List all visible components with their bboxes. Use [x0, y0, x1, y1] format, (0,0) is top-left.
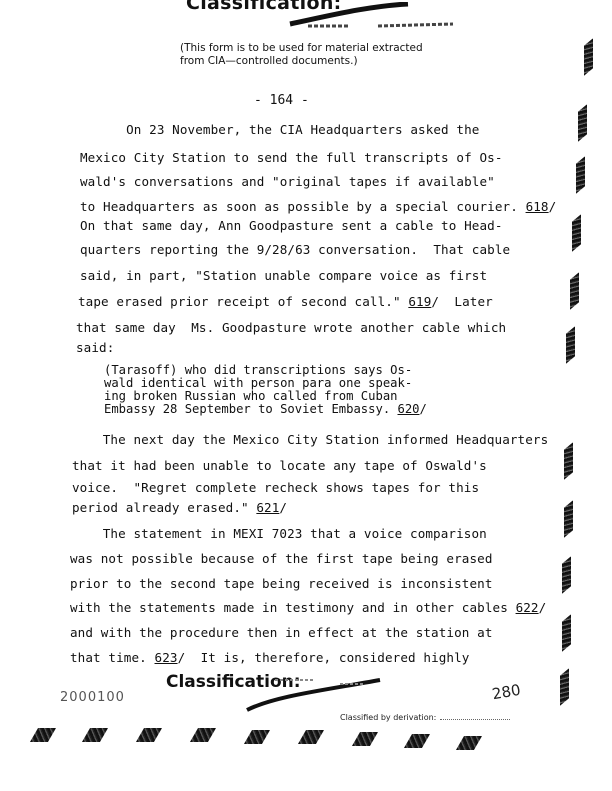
border-marker	[136, 728, 162, 742]
quote-line: Embassy 28 September to Soviet Embassy. …	[104, 403, 427, 416]
border-marker	[560, 668, 569, 706]
body-text: with the statements made in testimony an…	[70, 600, 516, 615]
body-line: that it had been unable to locate any ta…	[72, 458, 487, 473]
body-text: period already erased."	[72, 500, 256, 515]
border-marker	[562, 614, 571, 652]
body-text: tape erased prior receipt of second call…	[78, 294, 408, 309]
body-line: The next day the Mexico City Station inf…	[72, 432, 548, 447]
body-line: with the statements made in testimony an…	[70, 600, 546, 615]
border-marker	[578, 104, 587, 142]
body-line: was not possible because of the first ta…	[70, 551, 493, 566]
body-line: and with the procedure then in effect at…	[70, 625, 493, 640]
footnote-ref: 618	[526, 199, 549, 214]
body-line: wald's conversations and "original tapes…	[80, 174, 495, 189]
body-line: Mexico City Station to send the full tra…	[80, 150, 503, 165]
body-text: / It is, therefore, considered highly	[178, 650, 470, 665]
border-marker	[244, 730, 270, 744]
border-marker	[576, 156, 585, 194]
border-marker	[570, 272, 579, 310]
body-line: that time. 623/ It is, therefore, consid…	[70, 650, 469, 665]
page-number: - 164 -	[254, 93, 309, 108]
footnote-ref: 620	[398, 402, 420, 416]
border-marker	[298, 730, 324, 744]
footnote-ref: 623	[155, 650, 178, 665]
quote-line: (Tarasoff) who did transcriptions says O…	[104, 364, 412, 377]
body-line: period already erased." 621/	[72, 500, 287, 515]
border-marker	[404, 734, 430, 748]
redaction-scribble	[245, 676, 385, 712]
border-marker	[564, 442, 573, 480]
body-line: that same day Ms. Goodpasture wrote anot…	[76, 320, 506, 335]
body-line: said, in part, "Station unable compare v…	[80, 268, 487, 283]
border-marker	[352, 732, 378, 746]
border-marker	[584, 38, 593, 76]
footnote-ref: 622	[516, 600, 539, 615]
body-text: / Later	[431, 294, 492, 309]
body-line: The statement in MEXI 7023 that a voice …	[72, 526, 487, 541]
derivation-blank	[440, 719, 510, 720]
border-marker	[564, 500, 573, 538]
body-line: tape erased prior receipt of second call…	[78, 294, 493, 309]
body-text: that time.	[70, 650, 155, 665]
border-marker	[572, 214, 581, 252]
quote-line: wald identical with person para one spea…	[104, 377, 412, 390]
border-marker	[82, 728, 108, 742]
derivation-line: Classified by derivation:	[340, 713, 510, 722]
border-marker	[562, 556, 571, 594]
body-line: voice. "Regret complete recheck shows ta…	[72, 480, 479, 495]
border-marker	[190, 728, 216, 742]
form-note-line: (This form is to be used for material ex…	[180, 42, 423, 55]
body-line: said:	[76, 340, 114, 355]
body-line: quarters reporting the 9/28/63 conversat…	[80, 242, 510, 257]
body-line: On that same day, Ann Goodpasture sent a…	[80, 218, 503, 233]
body-line: On 23 November, the CIA Headquarters ask…	[80, 122, 479, 137]
body-line: prior to the second tape being received …	[70, 576, 493, 591]
quote-line: ing broken Russian who called from Cuban	[104, 390, 398, 403]
body-text: Embassy 28 September to Soviet Embassy.	[104, 402, 398, 416]
footnote-ref: 619	[408, 294, 431, 309]
redaction-scribble	[288, 2, 458, 28]
document-id: 2000100	[60, 690, 125, 705]
border-marker	[456, 736, 482, 750]
body-text: to Headquarters as soon as possible by a…	[80, 199, 526, 214]
border-marker	[30, 728, 56, 742]
border-marker	[566, 326, 575, 364]
stamp-number: 280	[491, 681, 522, 704]
body-line: to Headquarters as soon as possible by a…	[80, 199, 556, 214]
form-note-line: from CIA—controlled documents.)	[180, 55, 423, 68]
form-note: (This form is to be used for material ex…	[180, 42, 423, 68]
footnote-ref: 621	[256, 500, 279, 515]
derivation-label: Classified by derivation:	[340, 713, 436, 722]
